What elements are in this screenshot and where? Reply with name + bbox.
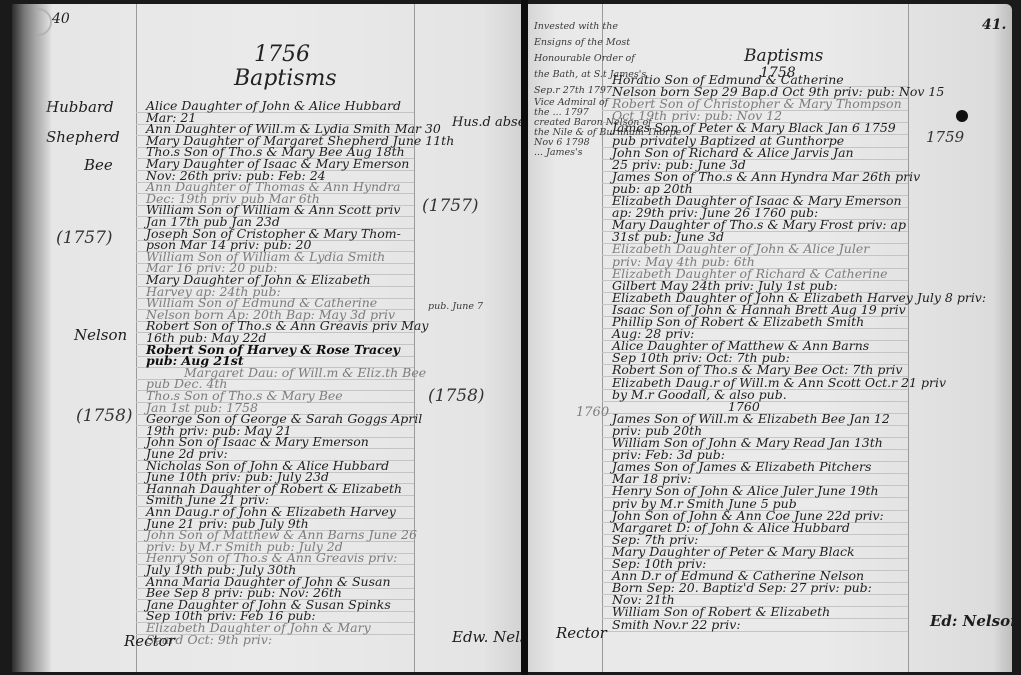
margin-year: (1758)	[76, 408, 133, 425]
footer-signature: Ed: Nelson	[930, 614, 1012, 629]
margin-name: Shepherd	[46, 130, 120, 145]
binding-shadow	[12, 4, 52, 672]
margin-rule	[414, 4, 415, 672]
margin-name: Hubbard	[46, 100, 114, 115]
register-spread: 40 1756 Baptisms Hubbard Shepherd Bee (1…	[0, 0, 1021, 675]
year-mark: 1759	[926, 130, 964, 145]
margin-rule	[908, 4, 909, 672]
left-page: 40 1756 Baptisms Hubbard Shepherd Bee (1…	[12, 4, 524, 672]
faint-margin-name: Nelson	[74, 328, 127, 343]
margin-note: Hus.d absent	[452, 116, 524, 129]
section-title: Baptisms	[234, 68, 337, 90]
page-number: 40	[52, 12, 70, 26]
margin-name: Bee	[84, 158, 113, 173]
footer-signature: Edw. Nelson	[452, 630, 524, 645]
margin-note: (1758)	[428, 388, 485, 405]
register-entry-line: Smith Nov.r 22 priv:	[612, 619, 741, 632]
page-number: 41.	[982, 18, 1006, 32]
right-page: 41. Baptisms 1758 Invested with theEnsig…	[528, 4, 1012, 672]
margin-year: (1757)	[56, 230, 113, 247]
margin-note-line: ... James's	[534, 148, 583, 158]
footer-rector: Rector	[124, 634, 175, 649]
margin-note-line: Invested with the	[534, 22, 618, 32]
year-heading: 1756	[254, 44, 310, 66]
book-gutter	[521, 0, 528, 675]
year-mark: 1760	[576, 406, 609, 419]
margin-note-line: Sep.r 27th 1797	[534, 86, 612, 96]
margin-note: pub. June 7	[428, 302, 483, 312]
margin-note: (1757)	[422, 198, 479, 215]
margin-note-line: Ensigns of the Most	[534, 38, 630, 48]
register-entry-line: by M.r Goodall, & also pub.	[612, 389, 787, 402]
margin-note-line: Honourable Order of	[534, 54, 635, 64]
ink-blot-icon	[956, 110, 968, 122]
footer-rector: Rector	[556, 626, 607, 641]
section-title: Baptisms	[744, 48, 823, 65]
margin-rule	[136, 4, 137, 672]
